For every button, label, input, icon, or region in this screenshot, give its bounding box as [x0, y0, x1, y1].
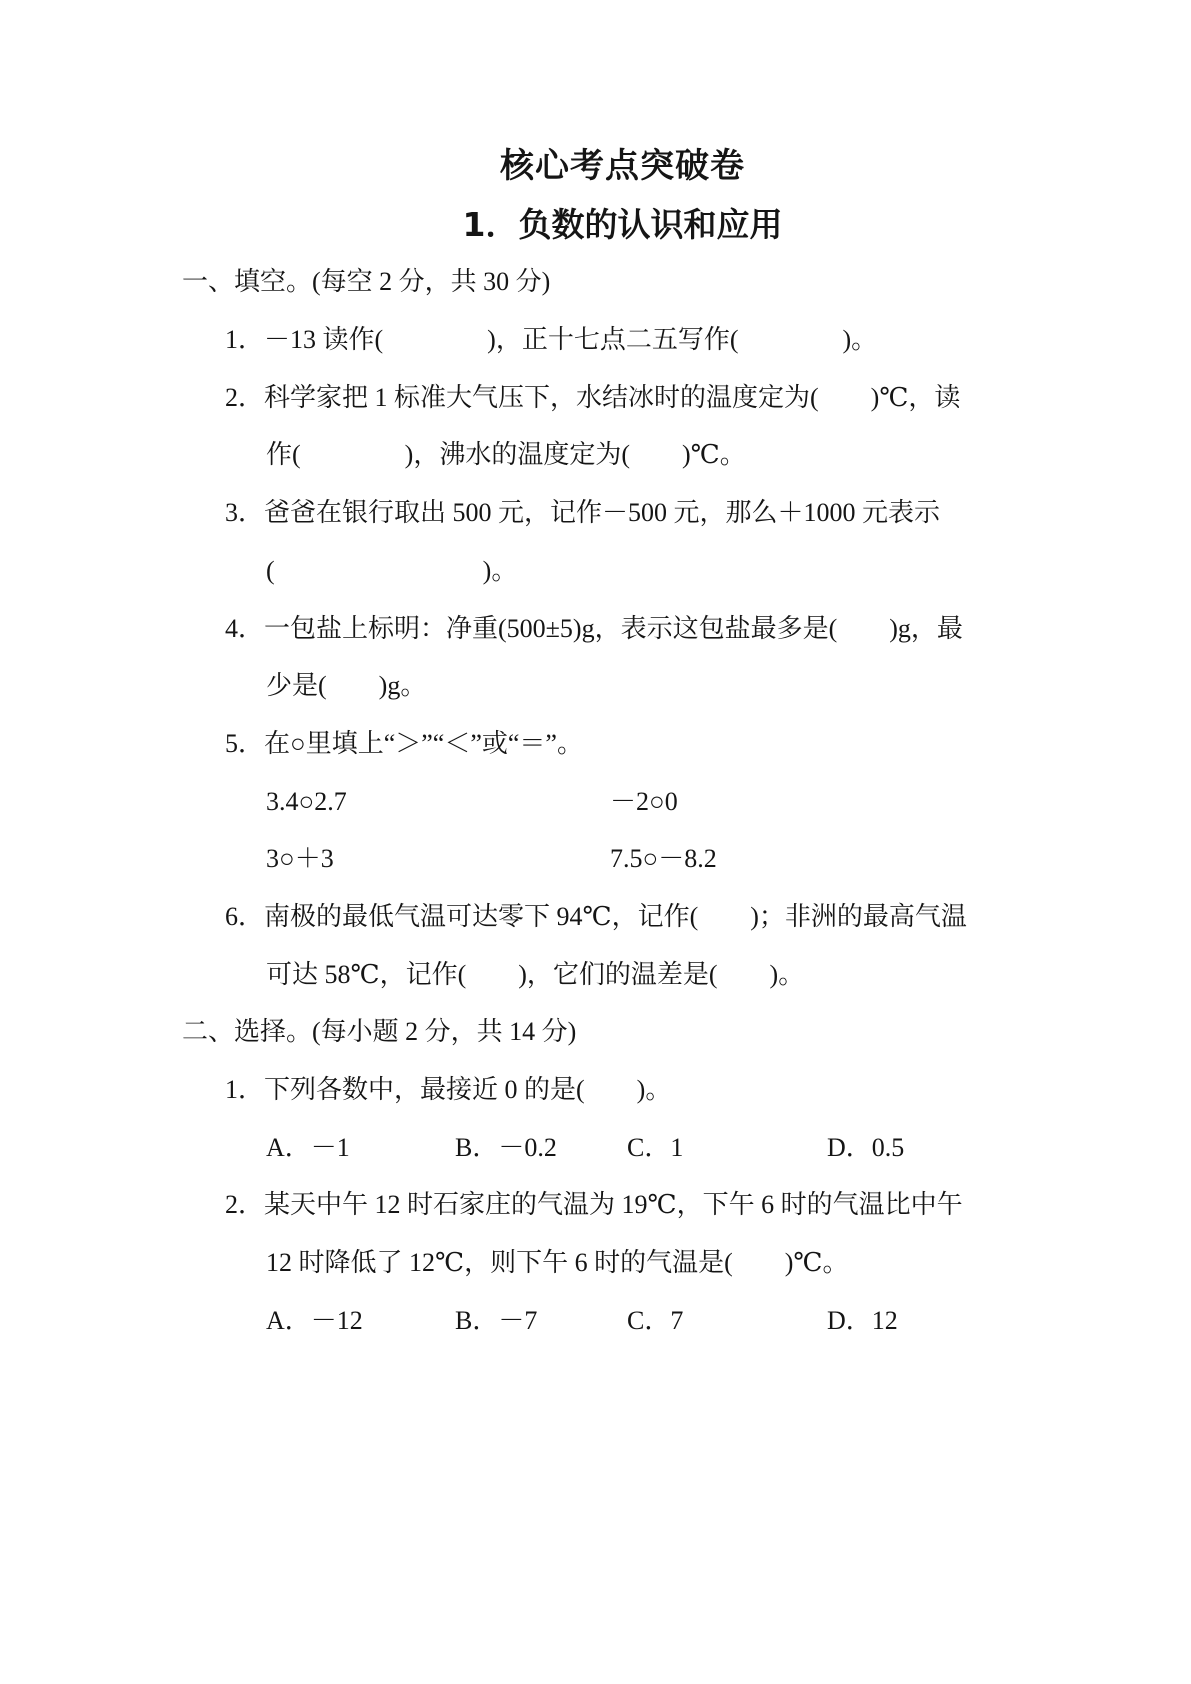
compare-1-right: －2○0 — [610, 773, 678, 831]
fill-in-q5: 5．在○里填上“＞”“＜”或“＝”。 — [182, 715, 1063, 773]
compare-2-left: 3○＋3 — [266, 830, 610, 888]
fill-in-q3-line1: 3．爸爸在银行取出 500 元，记作－500 元，那么＋1000 元表示 — [182, 484, 1063, 542]
page-subtitle: 1．负数的认识和应用 — [182, 196, 1063, 254]
fill-in-q4-line1: 4．一包盐上标明：净重(500±5)g，表示这包盐最多是( )g，最 — [182, 600, 1063, 658]
choice-section-heading: 二、选择。(每小题 2 分，共 14 分) — [182, 1003, 1063, 1061]
fill-in-q6-line1: 6．南极的最低气温可达零下 94℃，记作( )；非洲的最高气温 — [182, 888, 1063, 946]
fill-in-q2-line2: 作( )，沸水的温度定为( )℃。 — [182, 426, 1063, 484]
fill-in-q4-line2: 少是( )g。 — [182, 657, 1063, 715]
choice-q1-option-a: A．－1 — [266, 1119, 455, 1177]
choice-q1: 1．下列各数中，最接近 0 的是( )。 — [182, 1061, 1063, 1119]
compare-row-2: 3○＋3 7.5○－8.2 — [182, 830, 1063, 888]
page-title: 核心考点突破卷 — [182, 138, 1063, 196]
choice-q2-option-c: C．7 — [627, 1292, 827, 1350]
fill-in-q1: 1．－13 读作( )，正十七点二五写作( )。 — [182, 311, 1063, 369]
choice-q1-option-b: B．－0.2 — [455, 1119, 627, 1177]
choice-q2-line1: 2．某天中午 12 时石家庄的气温为 19℃，下午 6 时的气温比中午 — [182, 1176, 1063, 1234]
choice-q1-options: A．－1 B．－0.2 C．1 D．0.5 — [182, 1119, 1063, 1177]
compare-1-left: 3.4○2.7 — [266, 773, 610, 831]
choice-q2-options: A．－12 B．－7 C．7 D．12 — [182, 1292, 1063, 1350]
fill-in-q6-line2: 可达 58℃，记作( )，它们的温差是( )。 — [182, 946, 1063, 1004]
choice-q2-line2: 12 时降低了 12℃，则下午 6 时的气温是( )℃。 — [182, 1234, 1063, 1292]
choice-q2-option-b: B．－7 — [455, 1292, 627, 1350]
compare-2-right: 7.5○－8.2 — [610, 830, 717, 888]
worksheet-page: 核心考点突破卷 1．负数的认识和应用 一、填空。(每空 2 分，共 30 分) … — [0, 0, 1191, 1684]
choice-q1-option-d: D．0.5 — [827, 1119, 1063, 1177]
compare-row-1: 3.4○2.7 －2○0 — [182, 773, 1063, 831]
fill-in-q2-line1: 2．科学家把 1 标准大气压下，水结冰时的温度定为( )℃，读 — [182, 369, 1063, 427]
choice-q2-option-d: D．12 — [827, 1292, 1063, 1350]
choice-q1-option-c: C．1 — [627, 1119, 827, 1177]
choice-q2-option-a: A．－12 — [266, 1292, 455, 1350]
fill-in-q3-line2: ( )。 — [182, 542, 1063, 600]
fill-in-section-heading: 一、填空。(每空 2 分，共 30 分) — [182, 253, 1063, 311]
